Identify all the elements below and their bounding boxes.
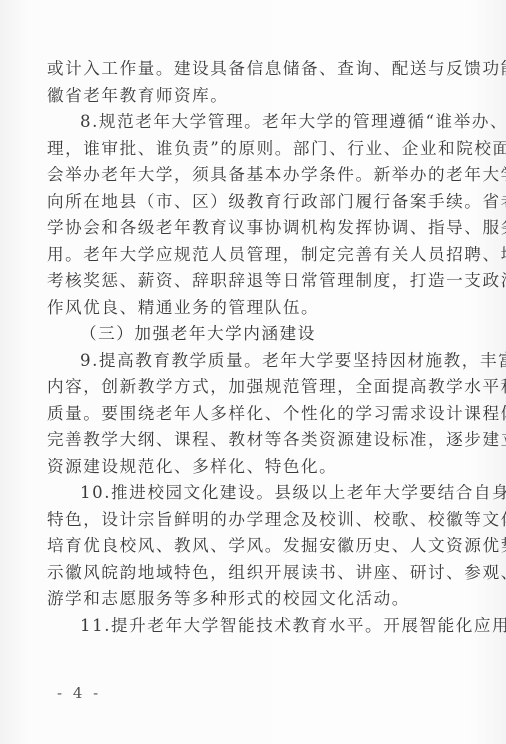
text-line: 理，谁审批、谁负责”的原则。部门、行业、企业和院校面向社 <box>47 136 451 163</box>
text-line: 学协会和各级老年教育议事协调机构发挥协调、指导、服务的作 <box>47 215 451 242</box>
paragraph-11-start: 11.提升老年大学智能技术教育水平。开展智能化应用培训 <box>47 613 451 640</box>
text-line: 游学和志愿服务等多种形式的校园文化活动。 <box>47 586 451 613</box>
text-line: 内容，创新教学方式，加强规范管理，全面提高教学水平和教育 <box>47 374 451 401</box>
text-line: 会举办老年大学，须具备基本办学条件。新举办的老年大学，须 <box>47 162 451 189</box>
section-heading: （三）加强老年大学内涵建设 <box>47 321 451 348</box>
page-number: - 4 - <box>57 684 101 702</box>
paragraph-10-start: 10.推进校园文化建设。县级以上老年大学要结合自身办学 <box>47 480 451 507</box>
text-line: 完善教学大纲、课程、教材等各类资源建设标准，逐步建立促进 <box>47 427 451 454</box>
text-line: 资源建设规范化、多样化、特色化。 <box>47 454 451 481</box>
text-line: 质量。要围绕老年人多样化、个性化的学习需求设计课程体系， <box>47 401 451 428</box>
document-body: 或计入工作量。建设具备信息储备、查询、配送与反馈功能的安 徽省老年教育师资库。 … <box>47 56 451 639</box>
paragraph-9-start: 9.提高教育教学质量。老年大学要坚持因材施教，丰富教学 <box>47 348 451 375</box>
document-page: 或计入工作量。建设具备信息储备、查询、配送与反馈功能的安 徽省老年教育师资库。 … <box>0 0 506 744</box>
text-line: 特色，设计宗旨鲜明的办学理念及校训、校歌、校徽等文化内容， <box>47 507 451 534</box>
text-line: 培育优良校风、教风、学风。发掘安徽历史、人文资源优势，展 <box>47 533 451 560</box>
text-line: 作风优良、精通业务的管理队伍。 <box>47 295 451 322</box>
text-line: 徽省老年教育师资库。 <box>47 83 451 110</box>
text-line: 考核奖惩、薪资、辞职辞退等日常管理制度，打造一支政治过硬、 <box>47 268 451 295</box>
text-line: 示徽风皖韵地域特色，组织开展读书、讲座、研讨、参观、展演、 <box>47 560 451 587</box>
paragraph-8-start: 8.规范老年大学管理。老年大学的管理遵循“谁举办、谁管 <box>47 109 451 136</box>
text-line: 用。老年大学应规范人员管理，制定完善有关人员招聘、培训、 <box>47 242 451 269</box>
text-line: 或计入工作量。建设具备信息储备、查询、配送与反馈功能的安 <box>47 56 451 83</box>
text-line: 向所在地县（市、区）级教育行政部门履行备案手续。省老年大 <box>47 189 451 216</box>
